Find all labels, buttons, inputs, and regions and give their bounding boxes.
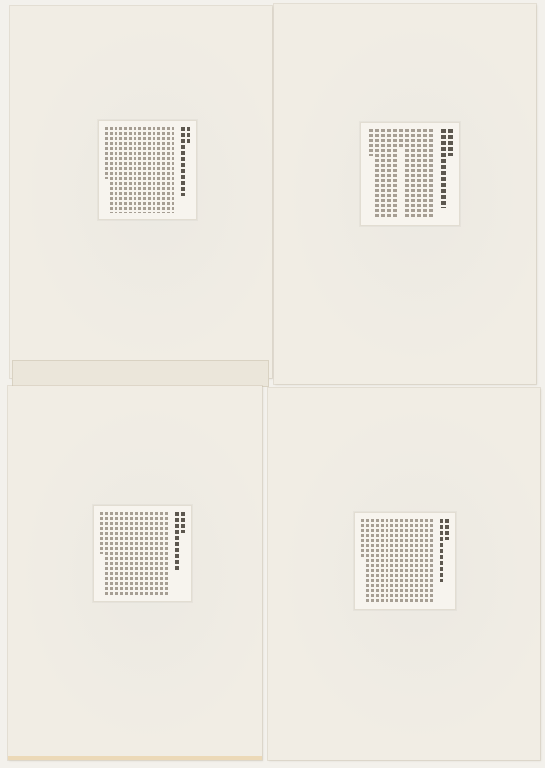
vertical-text-columns [361,519,449,603]
printed-label [98,120,197,220]
sheet-top-right [274,4,536,384]
sheet-bottom-left [8,386,262,760]
printed-label [360,122,460,226]
paper-edge [8,756,262,760]
paper-strip [12,360,269,387]
sheet-top-left [10,6,272,378]
vertical-text-columns [100,512,185,595]
vertical-text-columns [367,129,453,219]
sheet-bottom-right [268,388,540,760]
printed-label [354,512,456,610]
vertical-text-columns [105,127,190,213]
printed-label [93,505,192,602]
